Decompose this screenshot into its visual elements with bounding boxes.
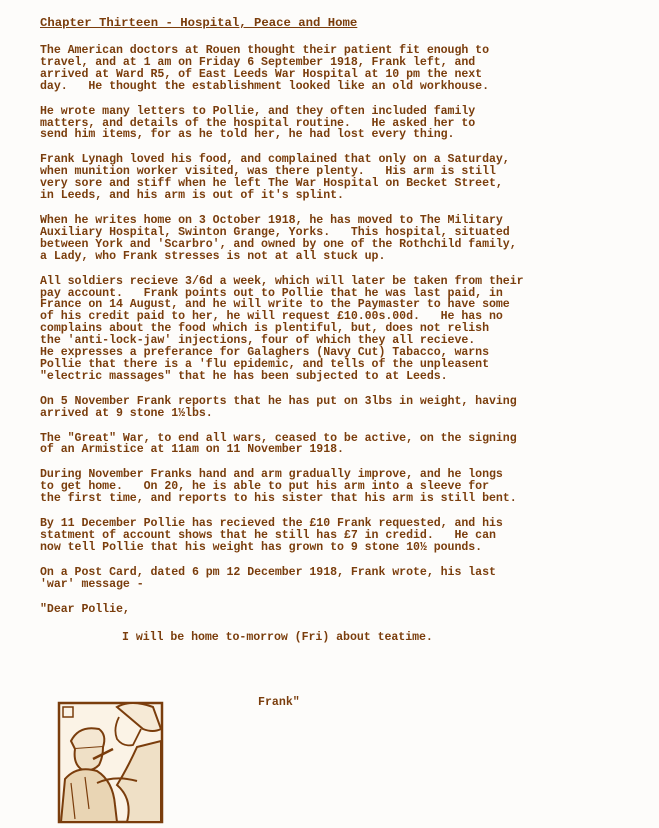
paragraph-9: By 11 December Pollie has recieved the £… <box>40 518 640 554</box>
letter-body: I will be home to-morrow (Fri) about tea… <box>40 632 640 644</box>
paragraph-10: On a Post Card, dated 6 pm 12 December 1… <box>40 567 640 591</box>
chapter-title: Chapter Thirteen - Hospital, Peace and H… <box>40 16 640 30</box>
paragraph-6: On 5 November Frank reports that he has … <box>40 396 640 420</box>
letter-salutation: "Dear Pollie, <box>40 604 640 616</box>
document-page: Chapter Thirteen - Hospital, Peace and H… <box>40 16 640 658</box>
paragraph-2: He wrote many letters to Pollie, and the… <box>40 106 640 142</box>
paragraph-3: Frank Lynagh loved his food, and complai… <box>40 154 640 202</box>
paragraph-8: During November Franks hand and arm grad… <box>40 469 640 505</box>
letter-signature: Frank" <box>258 696 300 709</box>
paragraph-4: When he writes home on 3 October 1918, h… <box>40 215 640 263</box>
paragraph-5: All soldiers recieve 3/6d a week, which … <box>40 276 640 383</box>
soldier-nurse-illustration <box>57 699 164 824</box>
paragraph-7: The "Great" War, to end all wars, ceased… <box>40 433 640 457</box>
paragraph-1: The American doctors at Rouen thought th… <box>40 45 640 93</box>
